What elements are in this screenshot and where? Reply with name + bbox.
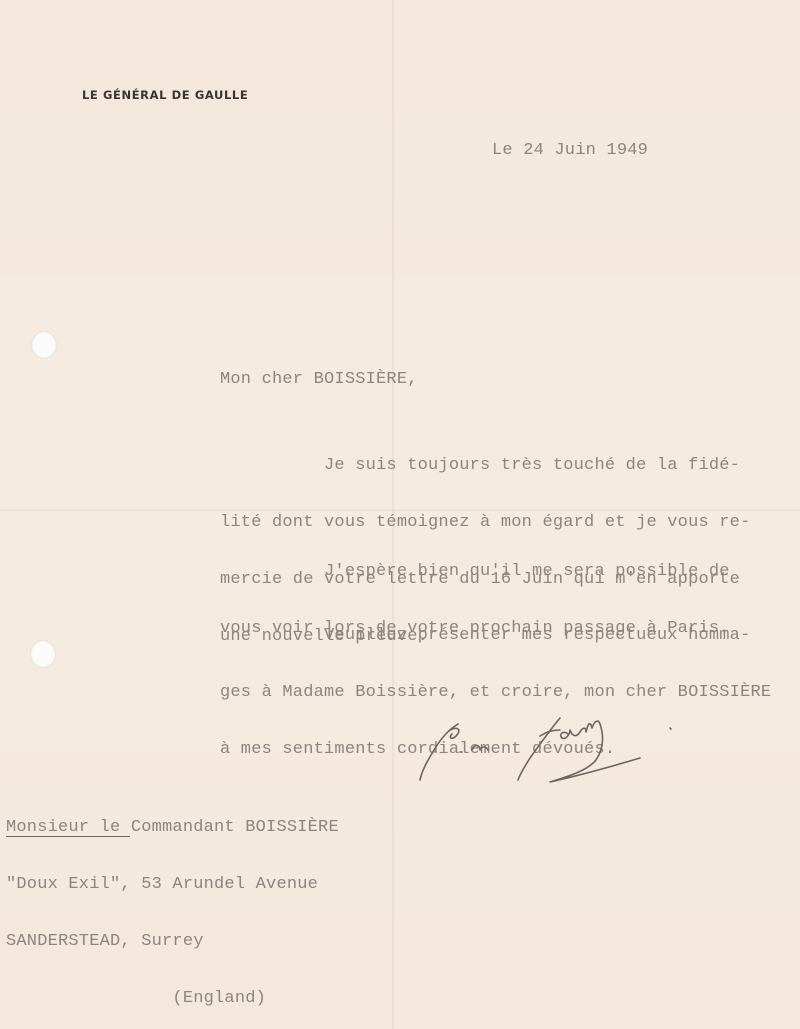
paragraph-line: Je suis toujours très touché de la fidé- <box>220 456 751 475</box>
punch-hole-bottom <box>30 640 56 668</box>
letterhead: LE GÉNÉRAL DE GAULLE <box>82 88 248 102</box>
address-line: SANDERSTEAD, Surrey <box>6 932 339 951</box>
paragraph-line: Veuillez présenter mes respectueux homma… <box>220 626 771 645</box>
letter-date: Le 24 Juin 1949 <box>492 141 648 160</box>
paragraph-line: J'espère bien qu'il me sera possible de <box>220 562 730 581</box>
signature <box>400 700 690 790</box>
recipient-address: Monsieur le Commandant BOISSIÈRE "Doux E… <box>6 780 339 1027</box>
address-line: Monsieur le Commandant BOISSIÈRE <box>6 818 339 837</box>
salutation: Mon cher BOISSIÈRE, <box>220 370 418 389</box>
address-line: (England) <box>6 989 339 1008</box>
punch-hole-top <box>31 331 57 359</box>
town-underline <box>6 836 130 837</box>
address-line: "Doux Exil", 53 Arundel Avenue <box>6 875 339 894</box>
